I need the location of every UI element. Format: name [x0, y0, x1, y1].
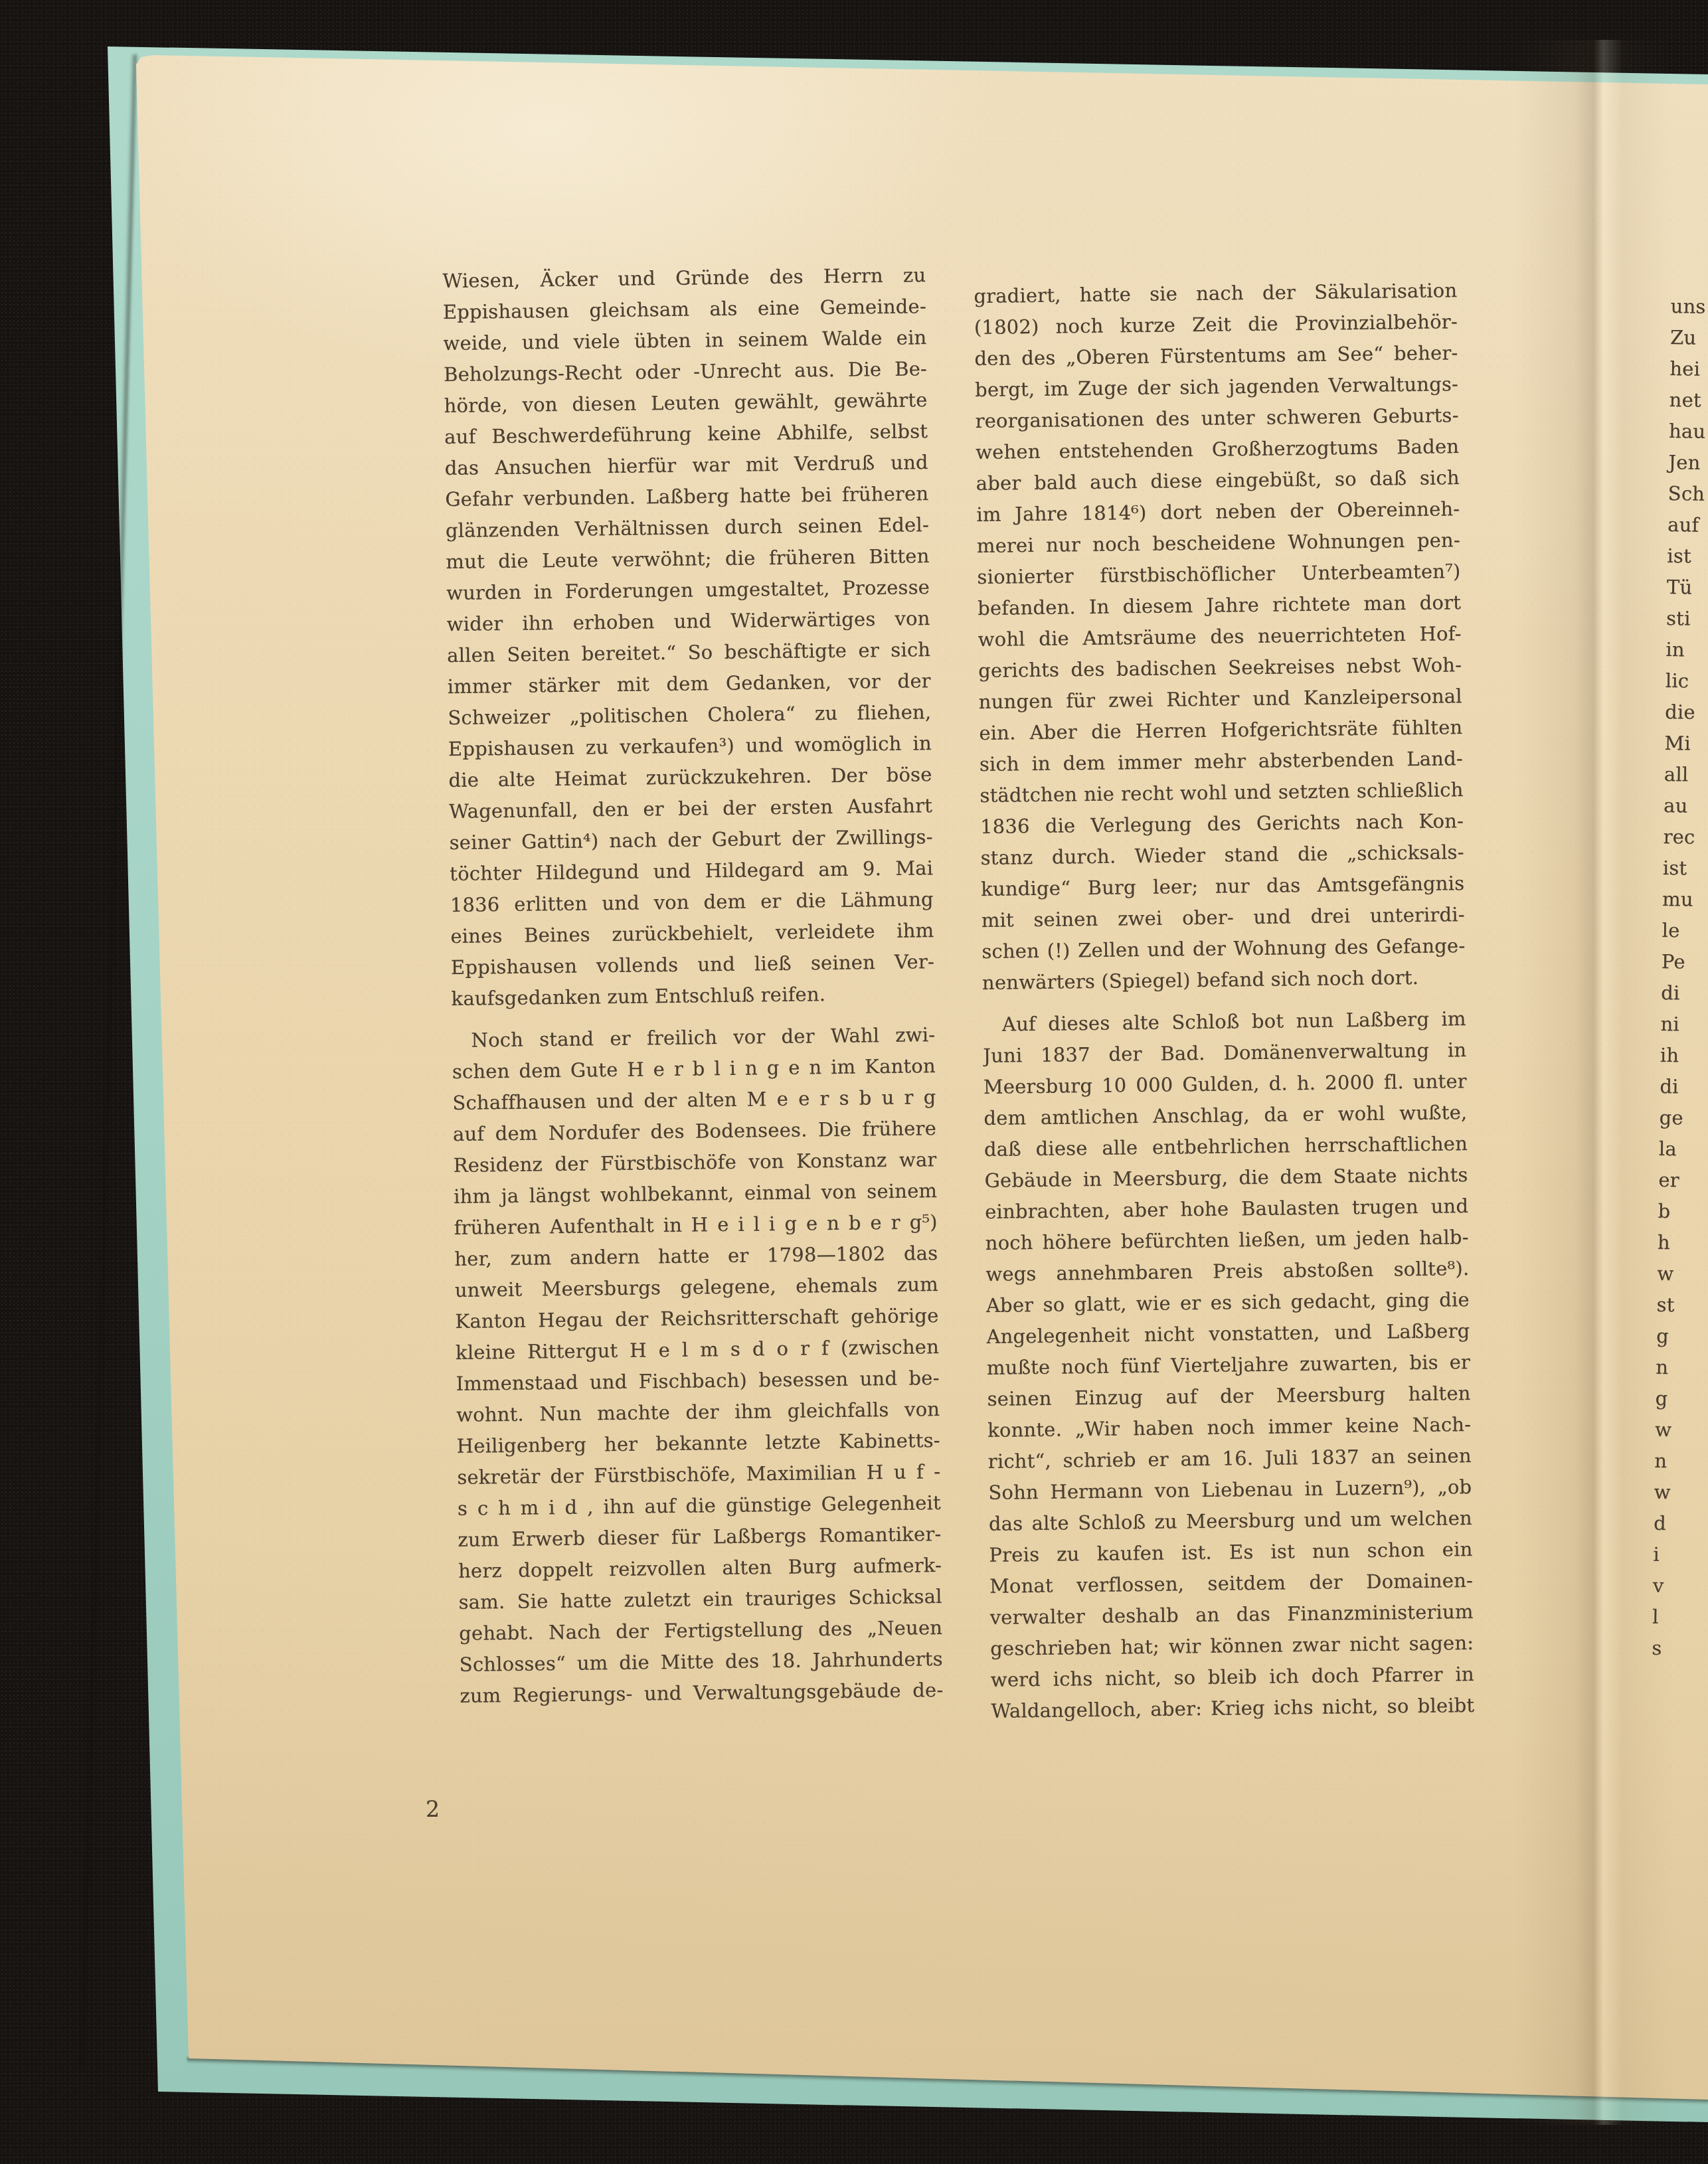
text-line: die: [1665, 697, 1708, 730]
text-line: hei: [1669, 353, 1708, 386]
text-line: uns: [1670, 291, 1708, 324]
text-line: w: [1654, 1477, 1708, 1510]
page-edge-shadow-left: [78, 54, 137, 2066]
text-line: d: [1654, 1508, 1708, 1541]
text-line: v: [1652, 1570, 1708, 1604]
text-line: kaufsgedanken zum Entschluß reifen.: [451, 977, 935, 1015]
text-line: ni: [1660, 1009, 1708, 1042]
text-line: Zu: [1670, 322, 1708, 355]
text-line: in: [1665, 634, 1708, 667]
text-line: net: [1669, 384, 1708, 418]
right-text-column: gradiert, hatte sie nach der Säkularisat…: [974, 275, 1475, 1727]
page-fold-crease: [1514, 40, 1673, 2125]
text-line: st: [1656, 1290, 1708, 1323]
text-line: auf: [1667, 509, 1708, 542]
text-line: ge: [1659, 1102, 1708, 1135]
text-line: Mi: [1664, 728, 1708, 761]
page-number: 2: [426, 1796, 440, 1822]
text-line: di: [1661, 977, 1708, 1011]
text-line: Sch: [1667, 478, 1708, 511]
text-line: n: [1654, 1446, 1708, 1479]
text-line: nenwärters (Spiegel) befand sich noch do…: [982, 961, 1466, 999]
text-line: sti: [1666, 603, 1708, 636]
text-line: g: [1655, 1383, 1708, 1416]
left-text-column: Wiesen, Äcker und Gründe des Herrn zuEpp…: [442, 260, 944, 1712]
text-line: w: [1657, 1258, 1708, 1291]
text-line: la: [1659, 1133, 1708, 1167]
text-line: s: [1652, 1633, 1708, 1666]
text-line: g: [1656, 1321, 1708, 1354]
text-line: rec: [1663, 821, 1708, 855]
text-line: zum Regierungs- und Verwaltungsgebäude d…: [460, 1675, 944, 1712]
text-line: ih: [1660, 1040, 1708, 1073]
text-line: Jen: [1668, 447, 1708, 480]
text-line: au: [1664, 790, 1708, 823]
text-line: lic: [1665, 665, 1708, 699]
text-line: h: [1658, 1227, 1708, 1260]
text-line: l: [1652, 1602, 1708, 1635]
text-line: ist: [1663, 853, 1708, 886]
text-line: w: [1655, 1414, 1708, 1448]
text-line: er: [1658, 1165, 1708, 1198]
text-line: hau: [1669, 416, 1708, 449]
text-line: all: [1664, 759, 1708, 792]
text-line: b: [1658, 1196, 1708, 1229]
text-line: Eppishausen vollends und ließ seinen Ver…: [451, 946, 935, 983]
text-line: mu: [1662, 884, 1708, 917]
scan-background: { "document": { "page_number": "2", "lef…: [0, 0, 1708, 2164]
text-line: Waldangelloch, aber: Krieg ichs nicht, s…: [991, 1690, 1475, 1727]
text-line: ist: [1667, 541, 1708, 574]
text-line: Tü: [1666, 572, 1708, 605]
text-line: n: [1656, 1352, 1708, 1385]
text-line: le: [1662, 915, 1708, 948]
text-line: i: [1653, 1539, 1708, 1572]
text-line: di: [1660, 1071, 1708, 1104]
scan-scene: Wiesen, Äcker und Gründe des Herrn zuEpp…: [0, 0, 1708, 2164]
text-line: Pe: [1662, 946, 1708, 979]
